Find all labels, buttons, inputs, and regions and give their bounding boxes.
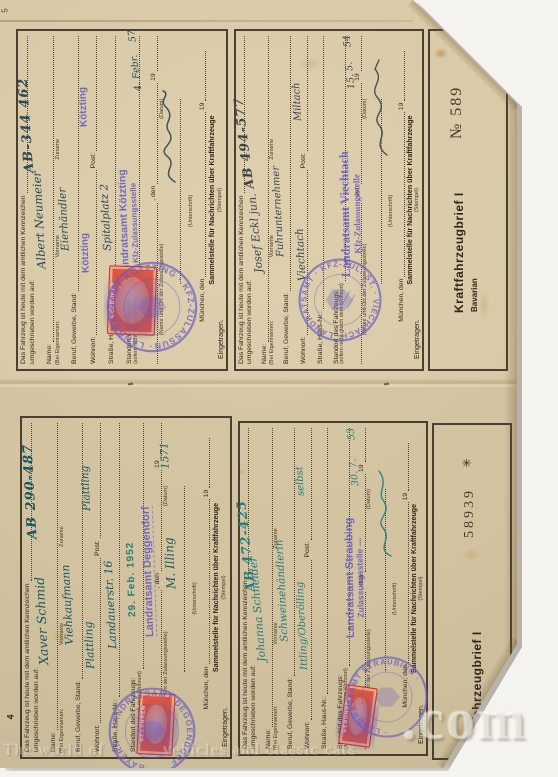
year-written: 57 xyxy=(127,29,138,42)
form-straubing: Das Fahrzeug ist heute mit dem amtlichen… xyxy=(238,421,428,756)
serial-digits: 589 xyxy=(448,86,465,116)
name-label: Name: xyxy=(261,344,268,364)
post-stamp: Kötzting xyxy=(77,87,89,127)
beruf-label: Beruf, Gewerbe, Stand: xyxy=(287,678,294,749)
eingetragen-label: Eingetragen. xyxy=(414,319,421,359)
dotted-line xyxy=(94,170,97,334)
post-label: Post: xyxy=(300,153,307,169)
year-written: 54 xyxy=(342,34,353,47)
beruf-label: Beruf, Gewerbe, Stand: xyxy=(283,293,290,364)
signature-number: 1571 xyxy=(159,442,171,469)
form-deggendorf: Das Fahrzeug ist heute mit dem amtlichen… xyxy=(20,416,232,759)
dotted-line xyxy=(203,51,206,100)
scanned-document: 5 4 Das Fahrzeug ist heute mit dem amtli… xyxy=(0,0,558,768)
document-title: Kraftfahrzeugbrief I xyxy=(452,192,466,313)
date-written: 4. Febr. xyxy=(130,54,144,91)
date-written: 15. 5. xyxy=(345,61,357,89)
den-label: , den xyxy=(150,186,157,201)
page-number-bottom: 4 xyxy=(6,714,16,719)
date-written: 30. 7. xyxy=(349,458,361,486)
numero-symbol: № xyxy=(448,122,465,139)
sammelstelle-label: Sammelstelle für Nachrichten über Kraftf… xyxy=(208,31,216,369)
dotted-line xyxy=(402,51,405,100)
muenchen-label: München, den xyxy=(398,279,405,322)
dotted-line xyxy=(406,502,409,662)
star-mark: ✳ xyxy=(460,458,474,468)
sammelstelle-label: Sammelstelle für Nachrichten über Kraftf… xyxy=(406,31,414,369)
post-office: Plattling xyxy=(80,465,93,511)
name-sub-caption: (Bei Eigennamen: xyxy=(269,321,275,365)
unterschrift-caption: (Unterschrift) xyxy=(192,582,198,614)
post-office: Miltach xyxy=(292,82,304,121)
dotted-line xyxy=(207,438,210,488)
name-label: Name: xyxy=(50,732,57,752)
zuname-caption: Zuname xyxy=(59,526,65,547)
beruf-label: Beruf, Gewerbe, Stand: xyxy=(71,293,78,364)
dotted-line xyxy=(55,423,58,730)
kennzeichen-label: Das Fahrzeug ist heute mit dem amtlichen… xyxy=(238,196,245,365)
dotted-line xyxy=(309,560,312,720)
muenchen-label: München, den xyxy=(199,279,206,322)
year-prefix: 19 xyxy=(199,103,206,111)
owner-name: Xaver Schmid xyxy=(34,576,51,665)
name-label: Name: xyxy=(46,344,53,364)
name-sub-caption: (Bei Eigennamen: xyxy=(59,709,65,753)
unterschrift-caption: (Unterschrift) xyxy=(188,195,194,227)
name-sub-caption: (Bei Eigennamen: xyxy=(273,706,279,750)
kennzeichen-label: Das Fahrzeug ist heute mit dem amtlichen… xyxy=(20,196,27,365)
form-viechtach: Das Fahrzeug ist heute mit dem amtlichen… xyxy=(234,29,424,371)
round-office-stamp: · LANDRATSAMT STRAUBING · xyxy=(344,654,430,740)
dotted-line xyxy=(98,558,101,723)
dotted-line xyxy=(203,112,206,276)
dotted-line xyxy=(359,36,362,71)
dotted-line xyxy=(270,428,273,727)
strasse-label: Straße, Haus-Nr.: xyxy=(321,696,328,749)
residence: Plattling xyxy=(83,621,96,669)
wohnort-label: Wohnort: xyxy=(304,722,311,749)
wohnort-stamp: Kötzting xyxy=(79,233,91,273)
signature-line xyxy=(182,486,185,672)
kennzeichen-label: Das Fahrzeug ist heute mit dem amtlichen… xyxy=(242,581,249,750)
signature-scribble xyxy=(157,89,183,184)
dotted-line xyxy=(363,428,366,462)
dotted-line xyxy=(266,36,269,342)
underlying-sheet-edge xyxy=(0,20,413,22)
dotted-line xyxy=(309,428,312,540)
round-office-stamp: · LANDRATSAMT · KFZ-ZUL.-ST. · VIECHTACH xyxy=(296,256,384,344)
post-office: selbst xyxy=(295,466,307,496)
dotted-line xyxy=(155,36,158,71)
wohnort-label: Wohnort: xyxy=(90,337,97,364)
name-sub-caption: (Bei Eigennamen: xyxy=(55,321,61,365)
post-label: Post: xyxy=(94,540,101,556)
serial-number-top: № 589 xyxy=(448,86,466,139)
occupation: Eierhändler xyxy=(57,187,71,251)
muenchen-label: München, den xyxy=(203,666,210,709)
round-office-stamp: · LANDRATSAMT KÖTZTING · KFZ-ZULASSUNGSS… xyxy=(104,259,200,355)
datum-caption: (Datum) xyxy=(163,486,169,506)
dotted-line xyxy=(288,36,291,291)
page-number-top: 5 xyxy=(1,8,10,12)
zuname-caption: Zuname xyxy=(269,139,275,160)
year-prefix: 19 xyxy=(203,490,210,498)
beruf-label: Beruf, Gewerbe, Stand: xyxy=(75,681,82,752)
occupation: Viehkaufmann xyxy=(60,564,75,645)
document-subtitle: Bavarian xyxy=(470,278,479,312)
sammelstelle-label: Sammelstelle für Nachrichten über Kraftf… xyxy=(212,418,220,757)
sidebar-top: Kraftfahrzeugbrief I Bavarian № 589 xyxy=(428,29,508,371)
dotted-line xyxy=(402,112,405,276)
dotted-line xyxy=(76,36,79,291)
dotted-line xyxy=(159,470,162,571)
paper-right-edge-shadow xyxy=(504,96,517,652)
post-label: Post: xyxy=(304,542,311,558)
office-stamp: Landratsamt Straubing Zulassungsstelle — xyxy=(343,517,367,638)
name-label: Name: xyxy=(265,729,272,749)
unterschrift-caption: (Unterschrift) xyxy=(388,195,394,227)
eingetragen-label: Eingetragen. xyxy=(218,319,225,359)
dotted-line xyxy=(406,443,409,491)
dotted-line xyxy=(51,36,54,342)
form-koetzting: Das Fahrzeug ist heute mit dem amtlichen… xyxy=(16,29,228,371)
wohnort-label: Wohnort: xyxy=(94,725,101,752)
kraftfahrzeugbrief-page: 5 4 Das Fahrzeug ist heute mit dem amtli… xyxy=(0,0,558,768)
kennzeichen-label2: umgeschrieben worden auf: xyxy=(29,280,36,364)
dotted-line xyxy=(292,428,295,676)
unterschrift-caption: (Unterschrift) xyxy=(392,583,398,615)
signature-scribble xyxy=(367,57,393,157)
signature: M. Illing xyxy=(163,537,178,589)
eingetragen-label: Eingetragen. xyxy=(222,707,229,747)
dotted-line xyxy=(98,423,101,538)
dotted-line xyxy=(117,423,120,697)
kennzeichen-label2: umgeschrieben worden auf: xyxy=(250,665,257,749)
serial-number-bottom: 58939 xyxy=(462,488,478,538)
dotted-line xyxy=(94,36,97,151)
post-label: Post: xyxy=(90,153,97,169)
year-prefix: 19 xyxy=(402,493,409,501)
year-prefix: 19 xyxy=(150,73,157,81)
kennzeichen-label2: umgeschrieben worden auf: xyxy=(246,280,253,364)
dotted-line xyxy=(207,499,210,664)
signature-scribble xyxy=(372,468,398,558)
kennzeichen-label: Das Fahrzeug ist heute mit dem amtlichen… xyxy=(24,584,31,753)
round-office-stamp: · BAYERN · LANDRATSAMT DEGGENDORF xyxy=(106,685,198,768)
kennzeichen-label2: umgeschrieben worden auf: xyxy=(33,668,40,752)
center-fold xyxy=(0,378,517,389)
dotted-line xyxy=(325,428,328,694)
year-prefix: 19 xyxy=(398,103,405,111)
dotted-line xyxy=(305,36,308,151)
zuname-caption: Zuname xyxy=(55,139,61,160)
year-written: 53 xyxy=(346,427,357,440)
